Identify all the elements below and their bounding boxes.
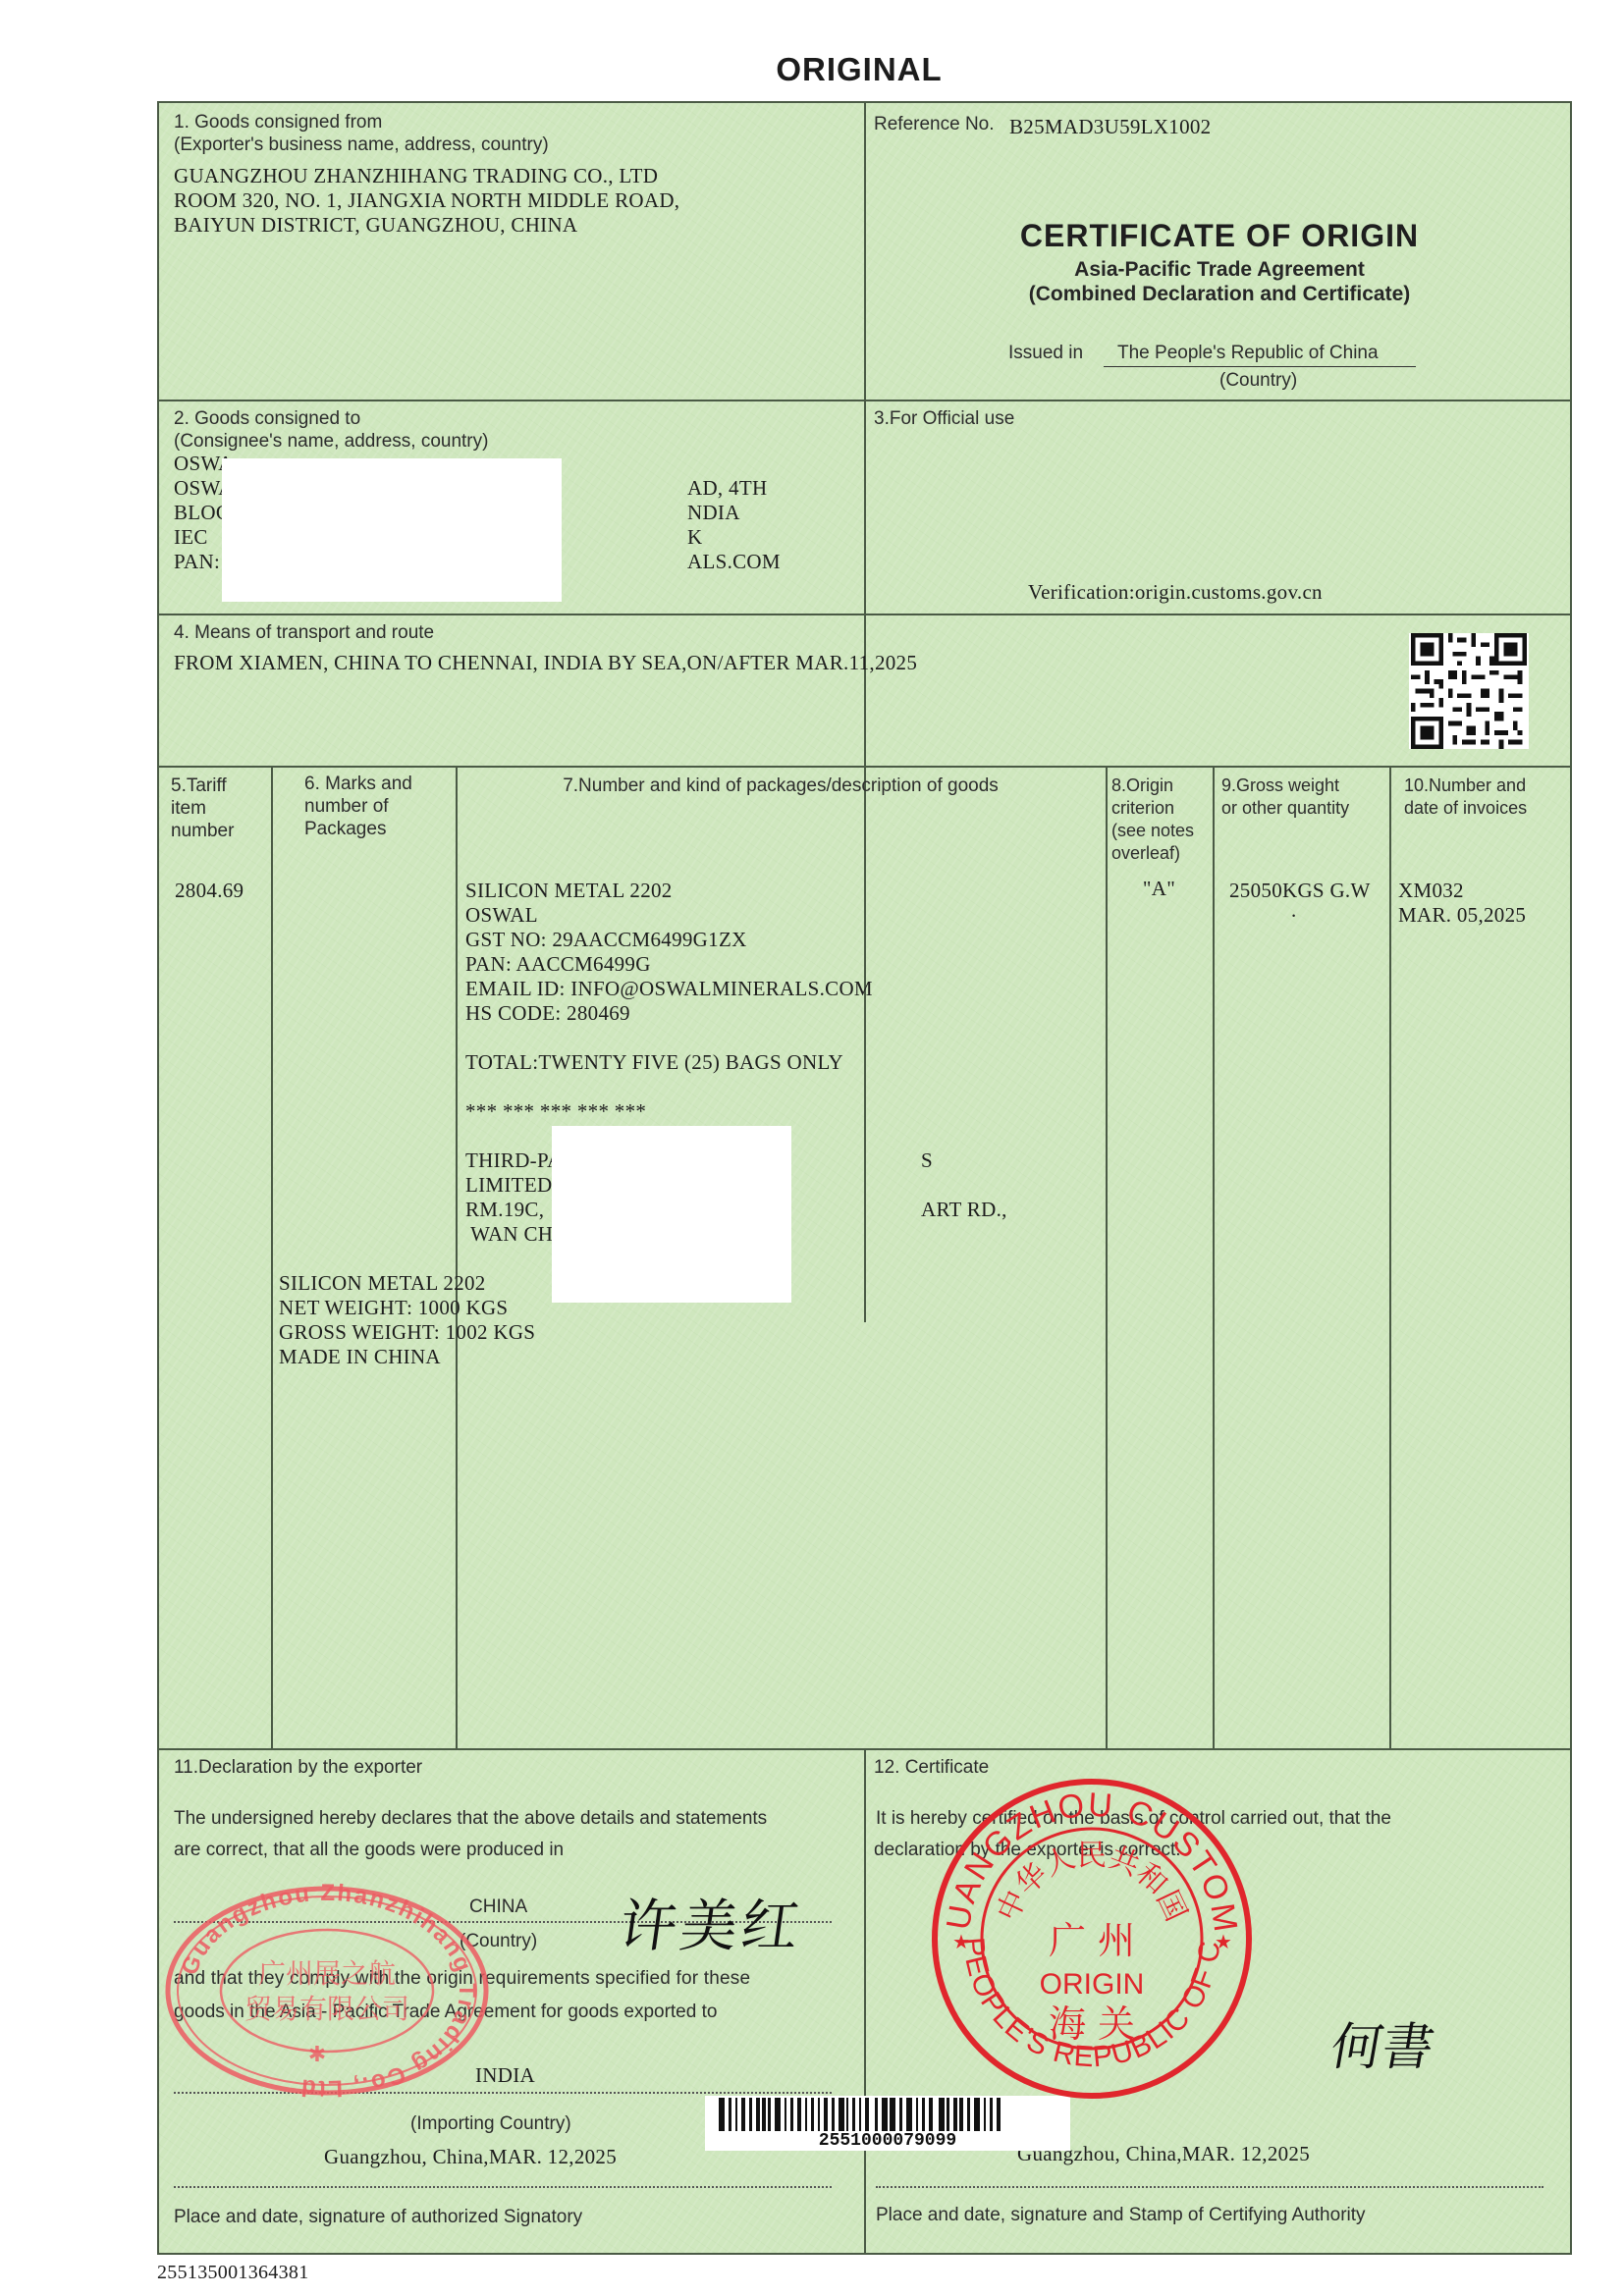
divider <box>271 766 273 1748</box>
customs-signature: 何書 <box>1326 2005 1440 2079</box>
header-invoices: 10.Number and date of invoices <box>1404 774 1527 820</box>
country-caption: (Country) <box>1219 369 1297 392</box>
verification-url: Verification:origin.customs.gov.cn <box>1028 580 1323 605</box>
declaration-text-1: The undersigned hereby declares that the… <box>174 1807 767 1830</box>
invoice-number: XM032 <box>1398 879 1464 903</box>
box4-label: 4. Means of transport and route <box>174 621 434 644</box>
dotted-line <box>174 2186 832 2188</box>
box12-label: 12. Certificate <box>874 1756 989 1779</box>
qr-code <box>1409 633 1529 749</box>
dotted-line <box>174 1921 832 1923</box>
svg-text:★: ★ <box>952 1930 970 1953</box>
consignee-iec: IEC <box>174 525 208 550</box>
third-party-line3: RM.19C, <box>465 1198 544 1222</box>
shipping-marks: SILICON METAL 2202 NET WEIGHT: 1000 KGS … <box>279 1271 535 1369</box>
certification-text-1: It is hereby certified on the basis of c… <box>876 1807 1391 1830</box>
consignee-line2-end: AD, 4TH <box>687 476 767 501</box>
importing-caption: (Importing Country) <box>410 2112 571 2135</box>
exporter-address-line2: BAIYUN DISTRICT, GUANGZHOU, CHINA <box>174 213 577 238</box>
issued-in-label: Issued in <box>1008 342 1083 364</box>
header-description: 7.Number and kind of packages/descriptio… <box>456 774 1106 797</box>
gross-weight-dot: . <box>1291 898 1297 923</box>
document-title: ORIGINAL <box>0 51 1624 88</box>
declaration-text-3: and that they comply with the origin req… <box>174 1967 750 1990</box>
consignee-pan: PAN: <box>174 550 220 574</box>
box12-footer: Place and date, signature and Stamp of C… <box>876 2204 1366 2226</box>
tariff-item-number: 2804.69 <box>175 879 244 903</box>
box1-sublabel: (Exporter's business name, address, coun… <box>174 133 549 156</box>
header-origin-criterion: 8.Origin criterion (see notes overleaf) <box>1111 774 1194 865</box>
invoice-date: MAR. 05,2025 <box>1398 903 1526 928</box>
svg-text:Guangzhou Zhanzhihang Trading: Guangzhou Zhanzhihang Trading Co., Ltd <box>176 1880 480 2101</box>
third-party-line2: LIMITED <box>465 1173 552 1198</box>
divider <box>159 766 1570 768</box>
box2-label: 2. Goods consigned to <box>174 407 360 430</box>
divider <box>1213 766 1215 1748</box>
third-party-line3-end: ART RD., <box>921 1198 1007 1222</box>
declaration-text-2: are correct, that all the goods were pro… <box>174 1839 564 1861</box>
header-tariff: 5.Tariff item number <box>171 774 234 842</box>
svg-text:✱: ✱ <box>308 2043 326 2067</box>
third-party-line1-end: S <box>921 1148 933 1173</box>
third-party-line1: THIRD-PA <box>465 1148 562 1173</box>
redaction-block <box>552 1126 791 1303</box>
certification-text-2: declaration by the exporter is correct. <box>874 1839 1181 1861</box>
reference-number: B25MAD3U59LX1002 <box>1009 115 1211 139</box>
importing-country: INDIA <box>475 2063 535 2088</box>
svg-text:ORIGIN: ORIGIN <box>1040 1968 1145 2001</box>
consignee-pan-end: ALS.COM <box>687 550 781 574</box>
exporter-place-date: Guangzhou, China,MAR. 12,2025 <box>324 2145 617 2169</box>
consignee-iec-end: K <box>687 525 702 550</box>
barcode: 2551000079099 <box>705 2096 1070 2151</box>
box2-sublabel: (Consignee's name, address, country) <box>174 430 488 453</box>
issued-underline <box>1104 366 1416 367</box>
dotted-line <box>174 2092 832 2094</box>
svg-text:海 关: 海 关 <box>1049 2002 1135 2046</box>
exporter-name: GUANGZHOU ZHANZHIHANG TRADING CO., LTD <box>174 164 658 188</box>
document-serial-number: 255135001364381 <box>157 2261 309 2285</box>
barcode-number: 2551000079099 <box>705 2131 1070 2151</box>
divider <box>864 1748 866 2253</box>
country-caption: (Country) <box>460 1930 537 1952</box>
certificate-form: 1. Goods consigned from (Exporter's busi… <box>157 101 1572 2255</box>
certificate-subtitle: Asia-Pacific Trade Agreement <box>866 258 1573 282</box>
divider <box>159 400 1570 401</box>
transport-route: FROM XIAMEN, CHINA TO CHENNAI, INDIA BY … <box>174 651 917 675</box>
issued-in-value: The People's Republic of China <box>1117 342 1379 364</box>
box3-label: 3.For Official use <box>874 407 1014 430</box>
box11-label: 11.Declaration by the exporter <box>174 1756 422 1779</box>
gross-weight-value: 25050KGS G.W <box>1229 879 1371 903</box>
declaration-text-4: goods in the Asia - Pacific Trade Agreem… <box>174 2001 717 2023</box>
header-marks: 6. Marks and number of Packages <box>304 773 412 840</box>
reference-label: Reference No. <box>874 113 995 135</box>
certificate-title: CERTIFICATE OF ORIGIN <box>866 218 1573 254</box>
divider <box>456 766 458 1748</box>
divider <box>1389 766 1391 1748</box>
redaction-block <box>222 458 562 602</box>
origin-criterion-value: "A" <box>1106 877 1213 901</box>
dotted-line <box>876 2186 1543 2188</box>
divider <box>159 614 1570 615</box>
header-gross-weight: 9.Gross weight or other quantity <box>1221 774 1349 820</box>
consignee-line3-end: NDIA <box>687 501 740 525</box>
svg-text:★: ★ <box>1215 1930 1232 1953</box>
exporter-address-line1: ROOM 320, NO. 1, JIANGXIA NORTH MIDDLE R… <box>174 188 679 213</box>
svg-text:广 州: 广 州 <box>1049 1919 1135 1962</box>
divider <box>1106 766 1108 1748</box>
box1-label: 1. Goods consigned from <box>174 111 382 133</box>
third-party-line4: WAN CH <box>465 1222 553 1247</box>
certificate-subtitle-2: (Combined Declaration and Certificate) <box>866 283 1573 306</box>
goods-description: SILICON METAL 2202 OSWAL GST NO: 29AACCM… <box>465 879 873 1124</box>
produced-country: CHINA <box>469 1896 527 1918</box>
box11-footer: Place and date, signature of authorized … <box>174 2206 582 2228</box>
